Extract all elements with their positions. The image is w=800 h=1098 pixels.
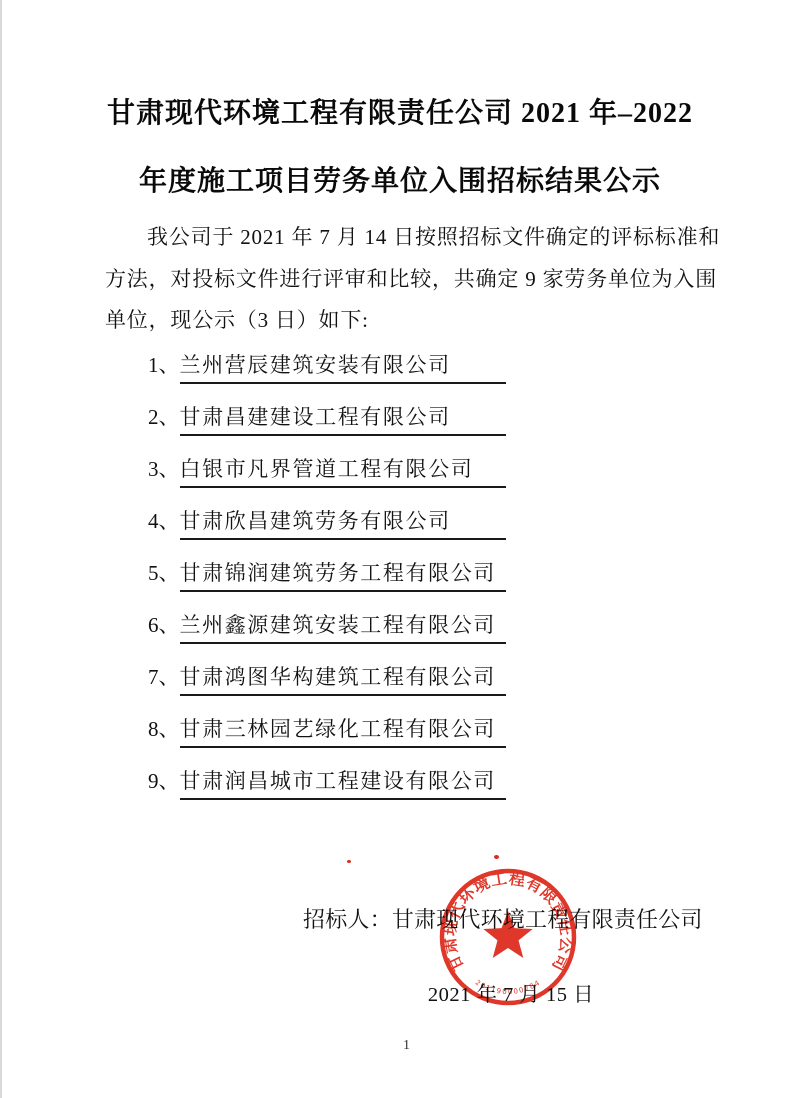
list-item: 2、甘肃昌建建设工程有限公司: [148, 398, 708, 450]
company-name-underlined: 白银市凡界管道工程有限公司: [180, 453, 506, 488]
list-item-number: 2、: [148, 401, 180, 431]
seal-ink-speck: [347, 860, 351, 863]
seal-serial-number: 201190000784: [474, 978, 542, 996]
company-name-underlined: 兰州营辰建筑安装有限公司: [180, 349, 506, 384]
company-name-underlined: 甘肃欣昌建筑劳务有限公司: [180, 505, 506, 540]
list-item-number: 5、: [148, 557, 180, 587]
company-name-underlined: 甘肃昌建建设工程有限公司: [180, 401, 506, 436]
list-item: 8、甘肃三林园艺绿化工程有限公司: [148, 710, 708, 762]
list-item-number: 7、: [148, 661, 180, 691]
company-seal-stamp: 甘肃现代环境工程有限责任公司 201190000784: [437, 866, 579, 1008]
list-item-number: 4、: [148, 505, 180, 535]
list-item: 3、白银市凡界管道工程有限公司: [148, 450, 708, 502]
list-item: 7、甘肃鸿图华构建筑工程有限公司: [148, 658, 708, 710]
title-line-1: 甘肃现代环境工程有限责任公司 2021 年–2022: [100, 80, 700, 148]
paragraph-line: 方法，对投标文件进行评审和比较，共确定 9 家劳务单位为入围: [105, 259, 705, 301]
list-item: 5、甘肃锦润建筑劳务工程有限公司: [148, 554, 708, 606]
seal-ink-speck: [494, 855, 499, 859]
list-item: 9、甘肃润昌城市工程建设有限公司: [148, 762, 708, 814]
paragraph-line: 单位，现公示（3 日）如下:: [105, 300, 705, 342]
title-line-2: 年度施工项目劳务单位入围招标结果公示: [100, 148, 700, 216]
announcement-page: 甘肃现代环境工程有限责任公司 2021 年–2022 年度施工项目劳务单位入围招…: [0, 0, 800, 1098]
list-item-number: 3、: [148, 453, 180, 483]
list-item-number: 6、: [148, 609, 180, 639]
seal-star-icon: [483, 911, 532, 958]
bidder-label: 招标人：: [303, 907, 392, 932]
list-item-number: 8、: [148, 713, 180, 743]
company-name-underlined: 甘肃锦润建筑劳务工程有限公司: [180, 557, 506, 592]
list-item: 4、甘肃欣昌建筑劳务有限公司: [148, 502, 708, 554]
company-name-underlined: 甘肃润昌城市工程建设有限公司: [180, 765, 506, 800]
list-item-number: 9、: [148, 765, 180, 795]
winner-list: 1、兰州营辰建筑安装有限公司 2、甘肃昌建建设工程有限公司 3、白银市凡界管道工…: [148, 346, 708, 814]
list-item-number: 1、: [148, 349, 180, 379]
list-item: 6、兰州鑫源建筑安装工程有限公司: [148, 606, 708, 658]
svg-text:201190000784: 201190000784: [474, 978, 542, 996]
company-name-underlined: 兰州鑫源建筑安装工程有限公司: [180, 609, 506, 644]
company-name-underlined: 甘肃鸿图华构建筑工程有限公司: [180, 661, 506, 696]
intro-paragraph: 我公司于 2021 年 7 月 14 日按照招标文件确定的评标标准和 方法，对投…: [105, 217, 705, 342]
paragraph-line: 我公司于 2021 年 7 月 14 日按照招标文件确定的评标标准和: [105, 217, 705, 259]
company-name-underlined: 甘肃三林园艺绿化工程有限公司: [180, 713, 506, 748]
list-item: 1、兰州营辰建筑安装有限公司: [148, 346, 708, 398]
document-title: 甘肃现代环境工程有限责任公司 2021 年–2022 年度施工项目劳务单位入围招…: [100, 80, 700, 216]
page-number: 1: [403, 1038, 410, 1054]
